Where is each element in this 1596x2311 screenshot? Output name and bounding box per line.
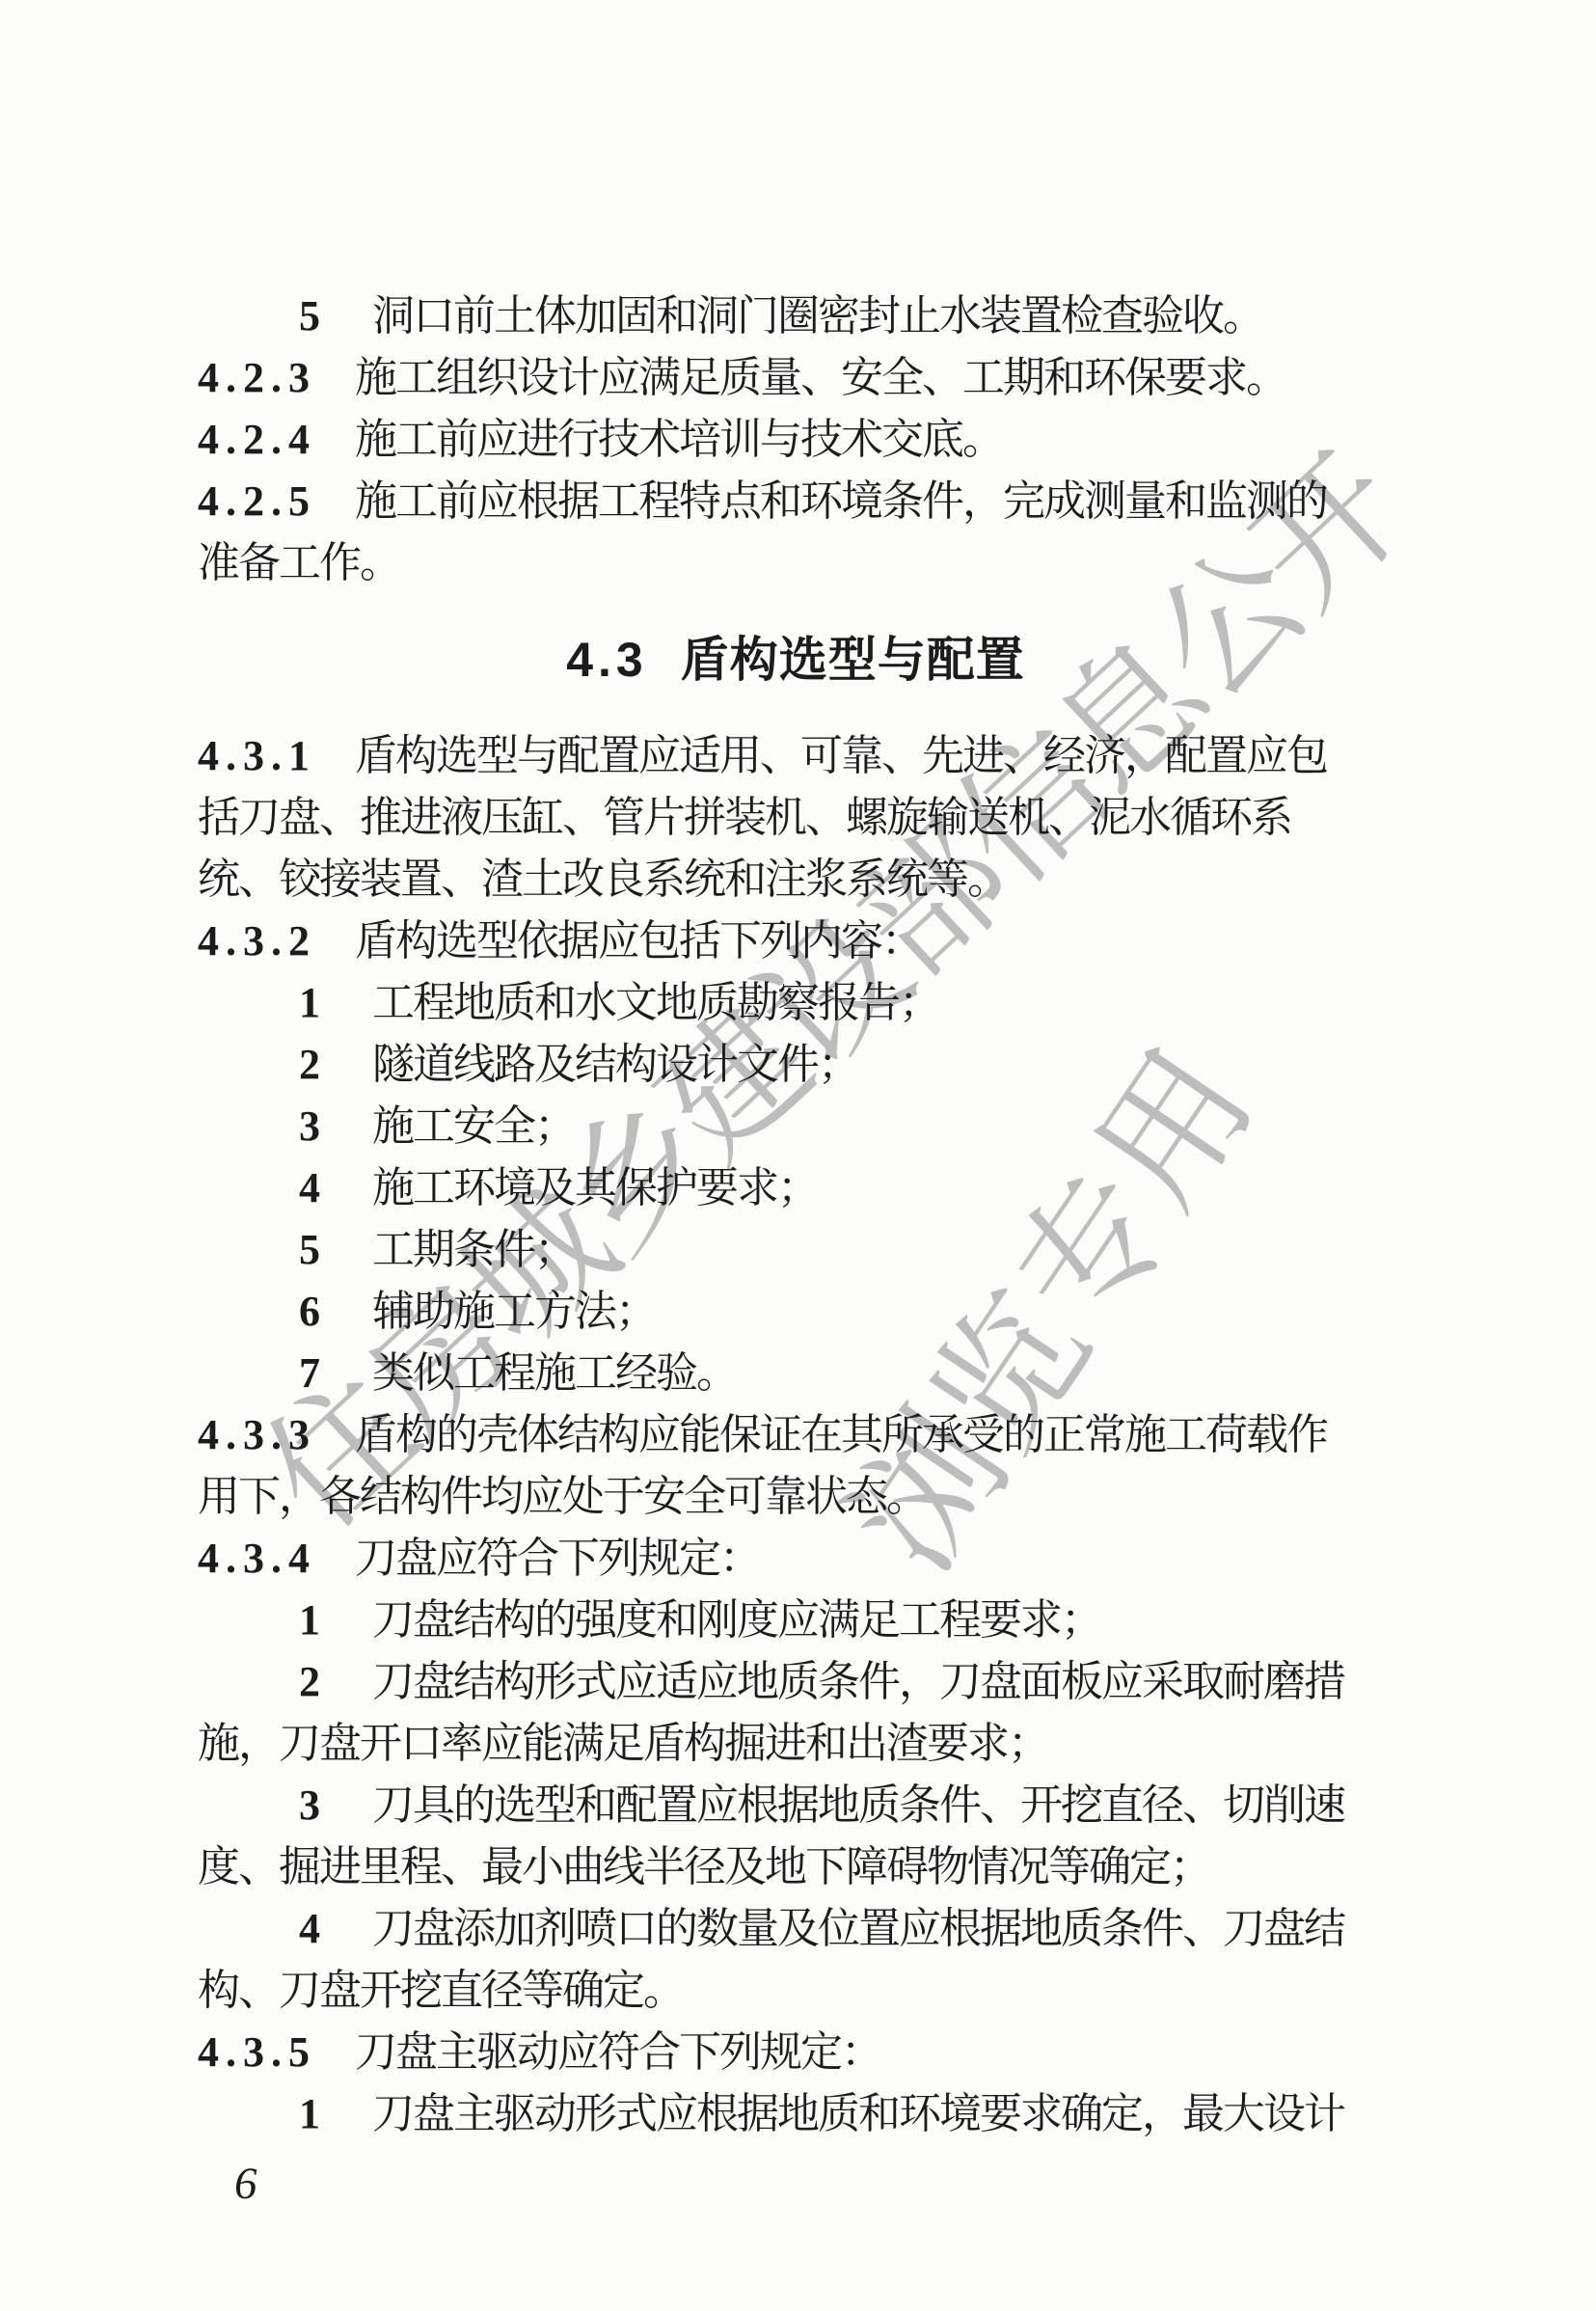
list-item-line: 1刀盘主驱动形式应根据地质和环境要求确定，最大设计 <box>198 2083 1393 2145</box>
line-number: 4.2.4 <box>198 416 316 463</box>
continuation-line: 括刀盘、推进液压缸、管片拼装机、螺旋输送机、泥水循环系 <box>198 787 1393 849</box>
list-item-line: 2隧道线路及结构设计文件； <box>198 1034 1393 1096</box>
line-number: 1 <box>299 2090 320 2137</box>
line-text: 施工环境及其保护要求； <box>372 1164 818 1211</box>
line-number: 4 <box>299 1164 320 1211</box>
continuation-line: 度、掘进里程、最小曲线半径及地下障碍物情况等确定； <box>198 1836 1393 1898</box>
line-text: 统、铰接装置、渣土改良系统和注浆系统等。 <box>198 856 1008 903</box>
line-number: 6 <box>299 1288 320 1335</box>
line-text: 工程地质和水文地质勘察报告； <box>372 979 939 1026</box>
line-number: 4.2.5 <box>198 477 316 525</box>
line-text: 构、刀盘开挖直径等确定。 <box>198 1967 684 2014</box>
line-text: 类似工程施工经验。 <box>372 1349 737 1397</box>
line-number: 5 <box>299 292 320 340</box>
continuation-line: 构、刀盘开挖直径等确定。 <box>198 1960 1393 2022</box>
line-text: 施，刀盘开口率应能满足盾构掘进和出渣要求； <box>198 1720 1048 1767</box>
line-text: 刀盘主驱动形式应根据地质和环境要求确定，最大设计 <box>372 2090 1344 2137</box>
list-item-line: 4刀盘添加剂喷口的数量及位置应根据地质条件、刀盘结 <box>198 1898 1393 1960</box>
document-page: 住房城乡建设部信息公开 浏览专用 5洞口前土体加固和洞门圈密封止水装置检查验收。… <box>0 0 1596 2311</box>
line-number: 4.3.4 <box>198 1535 316 1582</box>
line-number: 4.3.5 <box>198 2028 316 2076</box>
list-item-line: 3施工安全； <box>198 1096 1393 1157</box>
clause-line: 4.3.3盾构的壳体结构应能保证在其所承受的正常施工荷载作 <box>198 1404 1393 1466</box>
line-text: 施工安全； <box>372 1102 575 1150</box>
line-number: 4.3.3 <box>198 1411 316 1458</box>
line-number: 4.2.3 <box>198 354 316 401</box>
line-text: 洞口前土体加固和洞门圈密封止水装置检查验收。 <box>372 292 1263 340</box>
line-text: 盾构选型与配置 <box>681 633 1025 687</box>
line-text: 隧道线路及结构设计文件； <box>372 1041 858 1088</box>
clause-line: 4.2.5施工前应根据工程特点和环境条件，完成测量和监测的 <box>198 471 1393 532</box>
clause-line: 4.2.4施工前应进行技术培训与技术交底。 <box>198 409 1393 471</box>
line-text: 盾构选型依据应包括下列内容： <box>355 917 922 965</box>
line-text: 刀盘结构的强度和刚度应满足工程要求； <box>372 1596 1101 1644</box>
document-body: 5洞口前土体加固和洞门圈密封止水装置检查验收。4.2.3施工组织设计应满足质量、… <box>198 285 1393 2145</box>
list-item-line: 3刀具的选型和配置应根据地质条件、开挖直径、切削速 <box>198 1775 1393 1836</box>
line-number: 2 <box>299 1041 320 1088</box>
line-text: 刀盘应符合下列规定： <box>355 1535 760 1582</box>
line-text: 括刀盘、推进液压缸、管片拼装机、螺旋输送机、泥水循环系 <box>198 794 1291 841</box>
line-number: 4 <box>299 1905 320 1952</box>
clause-line: 4.3.5刀盘主驱动应符合下列规定： <box>198 2022 1393 2083</box>
line-text: 刀盘添加剂喷口的数量及位置应根据地质条件、刀盘结 <box>372 1905 1344 1952</box>
line-number: 7 <box>299 1349 320 1397</box>
continuation-line: 用下，各结构件均应处于安全可靠状态。 <box>198 1466 1393 1528</box>
list-item-line: 1工程地质和水文地质勘察报告； <box>198 972 1393 1034</box>
line-text: 施工组织设计应满足质量、安全、工期和环保要求。 <box>355 354 1286 401</box>
line-text: 盾构的壳体结构应能保证在其所承受的正常施工荷载作 <box>355 1411 1327 1458</box>
line-text: 施工前应根据工程特点和环境条件，完成测量和监测的 <box>355 477 1327 525</box>
continuation-line: 统、铰接装置、渣土改良系统和注浆系统等。 <box>198 849 1393 911</box>
line-text: 刀盘结构形式应适应地质条件，刀盘面板应采取耐磨措 <box>372 1658 1344 1705</box>
clause-line: 4.3.4刀盘应符合下列规定： <box>198 1528 1393 1590</box>
line-text: 盾构选型与配置应适用、可靠、先进、经济，配置应包 <box>355 732 1327 779</box>
line-text: 施工前应进行技术培训与技术交底。 <box>355 416 1003 463</box>
line-text: 工期条件； <box>372 1226 575 1273</box>
list-item-line: 2刀盘结构形式应适应地质条件，刀盘面板应采取耐磨措 <box>198 1651 1393 1713</box>
line-number: 1 <box>299 1596 320 1644</box>
clause-line: 4.3.2盾构选型依据应包括下列内容： <box>198 911 1393 972</box>
line-text: 度、掘进里程、最小曲线半径及地下障碍物情况等确定； <box>198 1843 1210 1890</box>
section-number: 4.3 <box>566 633 648 687</box>
list-item-line: 5洞口前土体加固和洞门圈密封止水装置检查验收。 <box>198 285 1393 347</box>
page-number: 6 <box>234 2161 257 2207</box>
line-number: 4.3.2 <box>198 917 316 965</box>
section-heading: 4.3盾构选型与配置 <box>198 629 1393 691</box>
list-item-line: 5工期条件； <box>198 1219 1393 1281</box>
clause-line: 4.3.1盾构选型与配置应适用、可靠、先进、经济，配置应包 <box>198 725 1393 787</box>
line-number: 3 <box>299 1102 320 1150</box>
line-number: 5 <box>299 1226 320 1273</box>
line-number: 3 <box>299 1781 320 1829</box>
list-item-line: 6辅助施工方法； <box>198 1281 1393 1343</box>
line-text: 准备工作。 <box>198 539 400 586</box>
list-item-line: 1刀盘结构的强度和刚度应满足工程要求； <box>198 1590 1393 1651</box>
line-text: 刀具的选型和配置应根据地质条件、开挖直径、切削速 <box>372 1781 1344 1829</box>
continuation-line: 施，刀盘开口率应能满足盾构掘进和出渣要求； <box>198 1713 1393 1775</box>
line-text: 用下，各结构件均应处于安全可靠状态。 <box>198 1473 927 1520</box>
list-item-line: 4施工环境及其保护要求； <box>198 1157 1393 1219</box>
line-number: 2 <box>299 1658 320 1705</box>
line-number: 1 <box>299 979 320 1026</box>
continuation-line: 准备工作。 <box>198 532 1393 594</box>
line-text: 刀盘主驱动应符合下列规定： <box>355 2028 881 2076</box>
clause-line: 4.2.3施工组织设计应满足质量、安全、工期和环保要求。 <box>198 347 1393 409</box>
list-item-line: 7类似工程施工经验。 <box>198 1343 1393 1404</box>
line-text: 辅助施工方法； <box>372 1288 656 1335</box>
line-number: 4.3.1 <box>198 732 316 779</box>
